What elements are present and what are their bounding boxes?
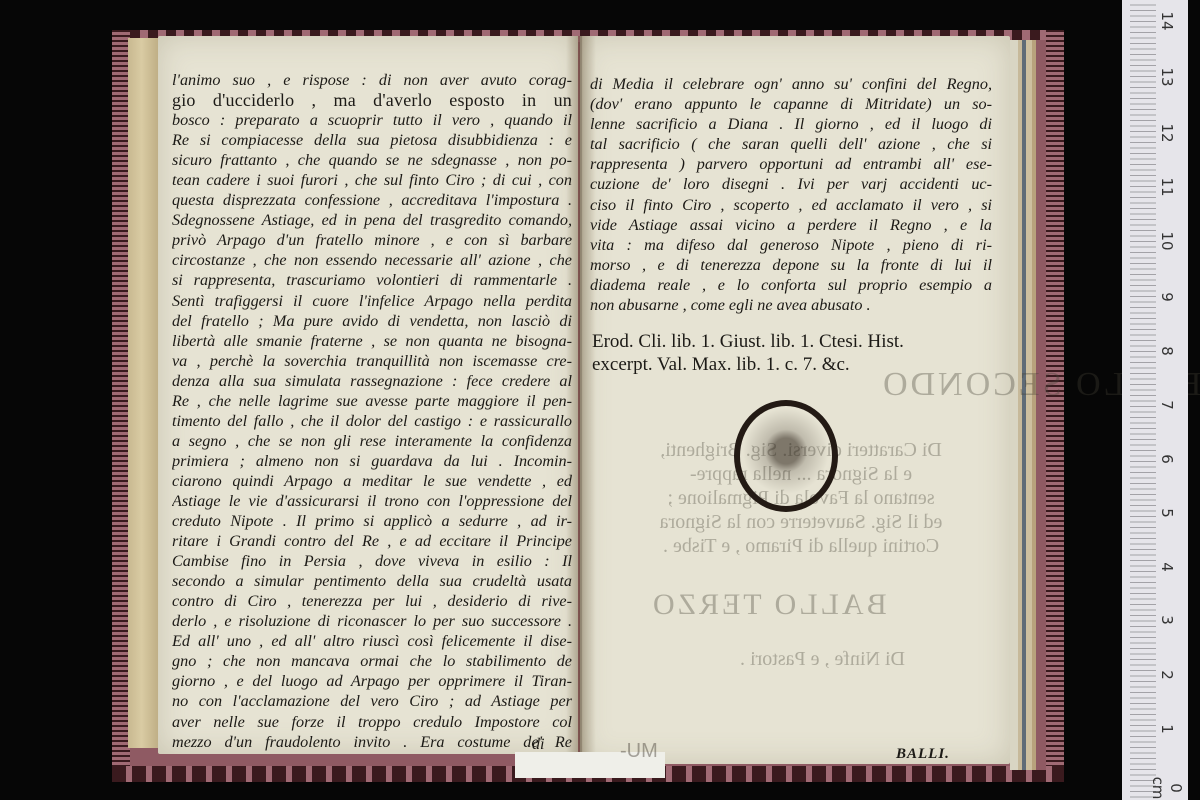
text-line: lenne sacrificio a Diana . Il giorno , e… <box>590 114 992 134</box>
ruler-label: 8 <box>1158 336 1176 366</box>
signature-mark: BALLI. <box>896 746 950 763</box>
text-line: cuzione de' loro disegni . Ivi per varj … <box>590 174 992 194</box>
source-citation: Erod. Cli. lib. 1. Giust. lib. 1. Ctesi.… <box>592 330 986 376</box>
text-line: bosco : preparato a scuoprir tutto il ve… <box>172 110 572 130</box>
ruler-label: 2 <box>1158 660 1176 690</box>
text-line: gio d'ucciderlo , ma d'averlo esposto in… <box>172 90 572 110</box>
text-line: del fratello ; Ma pure avido di vendetta… <box>172 311 572 331</box>
text-line: sicuro frattanto , che quando se ne sdeg… <box>172 150 572 170</box>
text-line: si rappresenta, trascuriamo volontieri d… <box>172 270 572 290</box>
ruler-label: 3 <box>1158 605 1176 635</box>
text-line: vita : ma difeso dal generoso Nipote , p… <box>590 235 992 255</box>
text-line: primiera ; almeno non si guardava da lui… <box>172 451 572 471</box>
text-line: tal sacrificio ( che saran quelli dell' … <box>590 134 992 154</box>
text-line: secondo a simular pentimento della sua c… <box>172 571 572 591</box>
catchword: di <box>532 736 544 754</box>
text-line: libertà alle smanie fraterne , se non qu… <box>172 331 572 351</box>
text-line: non abusarne , come egli ne avea abusato… <box>590 295 992 315</box>
text-line: diadema reale , e lo conforta sul propri… <box>590 275 992 295</box>
text-line: Ed all' uno , ed all' altro riuscì così … <box>172 631 572 651</box>
bleed-line: Cortini quella di Piramo , e Tisbe . <box>598 534 1004 558</box>
ruler-label: 14 <box>1158 6 1176 36</box>
ruler-label: 6 <box>1158 444 1176 474</box>
ruler-label: 0 cm <box>1149 773 1185 800</box>
text-line: morso , e di tenerezza depone su la fron… <box>590 255 992 275</box>
ruler-label: 11 <box>1158 172 1176 202</box>
text-line: gno ; che non mancava ormai che lo stabi… <box>172 651 572 671</box>
text-line: Re si compiacesse della sua pietosa disu… <box>172 130 572 150</box>
ruler-label: 9 <box>1158 282 1176 312</box>
library-stamp-icon <box>734 400 838 512</box>
text-line: vide Astiage assai vicino a perdere il R… <box>590 215 992 235</box>
citation-line: Erod. Cli. lib. 1. Giust. lib. 1. Ctesi.… <box>592 330 986 353</box>
text-line: ciarono quindi Arpago a meditar le sue v… <box>172 471 572 491</box>
text-line: denza alla sua simulata rassegnazione : … <box>172 371 572 391</box>
text-line: aver nelle sue forze il troppo credulo I… <box>172 712 572 732</box>
text-line: circostanze , che non essendo necessarie… <box>172 250 572 270</box>
text-line: Astiage le vie d'assicurarsi il trono co… <box>172 491 572 511</box>
text-line: timento del fallo , che il dolor del cas… <box>172 411 572 431</box>
text-line: Re , che nelle lagrime sue avesse parte … <box>172 391 572 411</box>
bleed-fragment: -UM <box>620 740 658 763</box>
text-line: ciso il finto Ciro , scoperto , ed accla… <box>590 195 992 215</box>
ruler-label: 1 <box>1158 714 1176 744</box>
right-page-text: di Media il celebrare ogn' anno su' conf… <box>590 74 992 315</box>
bleed-heading-ballo-terzo: BALLO TERZO <box>650 588 887 622</box>
text-line: privò Arpago d'un fratello minore , e co… <box>172 230 572 250</box>
left-page-text: l'animo suo , e rispose : di non aver av… <box>172 70 572 752</box>
text-line: derlo , e risoluzione di riconascer lo p… <box>172 611 572 631</box>
text-line: tean cadere i suoi furori , che sul fint… <box>172 170 572 190</box>
ruler-ticks <box>1130 0 1156 800</box>
text-line: di Media il celebrare ogn' anno su' conf… <box>590 74 992 94</box>
text-line: Sentì trafiggersi il cuore l'infelice Ar… <box>172 291 572 311</box>
text-line: va , perchè la soverchia tranquillità no… <box>172 351 572 371</box>
ruler-label: 13 <box>1158 62 1176 92</box>
ruler-label: 10 <box>1158 226 1176 256</box>
ruler-label: 4 <box>1158 552 1176 582</box>
text-line: questa disprezzata confessione , accredi… <box>172 190 572 210</box>
text-line: l'animo suo , e rispose : di non aver av… <box>172 70 572 90</box>
ruler-label: 7 <box>1158 390 1176 420</box>
measurement-ruler: 0 cm 1 2 3 4 5 6 7 8 9 10 11 12 13 14 <box>1122 0 1188 800</box>
citation-line: excerpt. Val. Max. lib. 1. c. 7. &c. <box>592 353 986 376</box>
text-line: contro di Ciro , tenerezza per lui , des… <box>172 591 572 611</box>
text-line: (dov' erano appunto le capanne di Mitrid… <box>590 94 992 114</box>
cover-right-edge <box>1046 30 1064 782</box>
text-line: no con l'acclamazione del vero Ciro ; ad… <box>172 691 572 711</box>
bleed-line: ed il Sig. Sauveterre con la Signora <box>598 510 1004 534</box>
text-line: creduto Nipote . Il primo si applicò a s… <box>172 511 572 531</box>
text-line: ritare i Grandi contro del Re , e ad ecc… <box>172 531 572 551</box>
ruler-label: 12 <box>1158 118 1176 148</box>
text-line: rappresenta ) parvero opportuni ad entra… <box>590 154 992 174</box>
endpaper <box>128 38 162 748</box>
bleed-text-block-2: Di Ninfe , e Pastori . <box>740 648 905 671</box>
text-line: Sdegnossene Astiage, ed in pena del tras… <box>172 210 572 230</box>
text-line: Cambise fino in Persia , dove viveva in … <box>172 551 572 571</box>
page-edges <box>1010 40 1046 770</box>
text-line: mezzo d'un fraudolento invito . Era cost… <box>172 732 572 752</box>
text-line: giorno , e del luogo ad Arpago per oppri… <box>172 671 572 691</box>
ruler-label: 5 <box>1158 498 1176 528</box>
text-line: a segno , che se non gli rese interament… <box>172 431 572 451</box>
